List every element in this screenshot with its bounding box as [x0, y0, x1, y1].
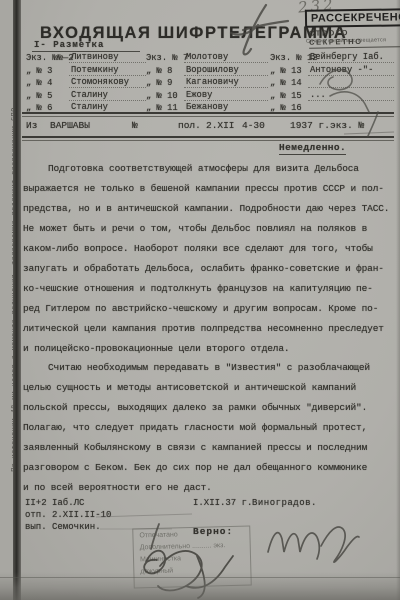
body-line: литической цели кампания против полпредс…	[23, 323, 397, 343]
recipient-copy-number: „ № 15	[270, 91, 308, 101]
body-line: запугать и обработать Дельбоса, ослабить…	[23, 263, 397, 283]
body-line: Подготовка соответствующей атмосферы для…	[23, 163, 397, 183]
divider-line	[22, 116, 394, 117]
signatory-name: Виноградов.	[252, 498, 317, 508]
recipient-row: „ № 8 Ворошилову	[146, 63, 268, 75]
recipient-name: Ежову	[184, 90, 268, 101]
recipient-row: „ № 4 Стомонякову	[26, 76, 146, 88]
recipient-name: Вейнбергу Iаб.	[308, 52, 394, 63]
recipient-row: „ № 13 Антонову -"-	[270, 63, 394, 75]
recipient-row: Экз. № 7 Молотову	[146, 51, 268, 63]
declassified-stamp: РАССЕКРЕЧЕНО	[305, 8, 400, 28]
body-line: целью сущность и методы антисоветской и …	[23, 382, 397, 402]
recipient-name: Потемкину	[69, 65, 146, 76]
telegram-scan: По истечении 48-ми часов с момента получ…	[0, 0, 400, 600]
recipient-name: Кагановичу	[184, 77, 268, 88]
recipient-name	[308, 77, 394, 88]
footer-reference-3: вып. Семочкин.	[25, 522, 111, 534]
body-line: заявленный Кобылянскому в связи с кампан…	[23, 442, 397, 462]
divider-line	[22, 136, 394, 138]
recipient-row: „ № 10 Ежову	[146, 88, 268, 100]
received-year: 1937 г.	[290, 120, 330, 131]
body-line: разговором с Беком. Бек до сих пор не да…	[23, 462, 397, 482]
recipient-row: „ № 9 Кагановичу	[146, 76, 268, 88]
recipient-name: Стомонякову	[69, 77, 146, 88]
recipient-row: Экз. № 12 Вейнбергу Iаб.	[270, 51, 394, 63]
recipients-column-1: Экз. №№—2 Литвинову „ № 3 Потемкину „ № …	[26, 51, 146, 113]
recipient-name: Ворошилову	[184, 65, 268, 76]
signature-date: I.XII.37 г.	[193, 498, 252, 508]
body-line: Полагаю, что следует придать гласности м…	[23, 422, 397, 442]
telegram-paragraph-2: Считаю необходимым передавать в "Извести…	[23, 362, 397, 502]
body-line: Считаю необходимым передавать в "Извести…	[23, 362, 397, 382]
recipient-copy-number: „ № 3	[26, 66, 69, 76]
recipient-copy-number: Экз. № 12	[270, 53, 308, 63]
scan-left-dark-strip	[13, 0, 21, 600]
recipient-name: Антонову -"-	[308, 65, 394, 76]
recipient-copy-number: „ № 13	[270, 66, 308, 76]
body-line: и полицейско-провокационные цели второго…	[23, 343, 397, 363]
body-line: выражается не только в бешеной кампании …	[23, 183, 397, 203]
recipient-copy-number: „ № 8	[146, 66, 184, 76]
scan-bottom-shadow	[0, 572, 400, 600]
telegram-paragraph-1: Подготовка соответствующей атмосферы для…	[23, 163, 397, 363]
body-line: каком-либо вопросе. Наоборот поляки все …	[23, 243, 397, 263]
recipient-row: Экз. №№—2 Литвинову	[26, 51, 146, 63]
recipient-row: „ № 5 Сталину	[26, 88, 146, 100]
recipient-copy-number: „ № 9	[146, 78, 184, 88]
recipients-column-2: Экз. № 7 Молотову „ № 8 Ворошилову „ № 9…	[146, 51, 268, 113]
body-line: польской прессы, выходящих далеко за рам…	[23, 402, 397, 422]
origin-row: Из ВАРШАВЫ № пол. 2.XII 4-30 1937 г. экз…	[0, 120, 400, 134]
recipient-name: Сталину	[69, 90, 146, 101]
recipient-name: Молотову	[184, 52, 268, 63]
recipients-column-3: Экз. № 12 Вейнбергу Iаб. „ № 13 Антонову…	[270, 51, 394, 113]
footer-reference-2: отп. 2.XII.II-10	[25, 510, 111, 522]
received-label: пол.	[178, 120, 201, 131]
body-line: ред Гитлером по австрийско-чешскому и др…	[23, 303, 397, 323]
origin-city: ВАРШАВЫ	[50, 120, 90, 131]
divider-line	[22, 112, 394, 114]
footer-reference-1: II+2 Iаб.ЛС	[25, 498, 111, 510]
recipient-name: Литвинову	[69, 52, 146, 63]
body-line: Не может быть и речи о том, чтобы Дельбо…	[23, 223, 397, 243]
received-date: 2.XII	[206, 120, 235, 131]
recipient-row: „ № 3 Потемкину	[26, 63, 146, 75]
recipient-copy-number: „ № 14	[270, 78, 308, 88]
recipient-copy-number: „ № 4	[26, 78, 69, 88]
recipient-row: „ № 15 ...	[270, 88, 394, 100]
recipient-copy-number: „ № 5	[26, 91, 69, 101]
urgency-note: Немедленно.	[279, 142, 346, 155]
number-label: №	[132, 120, 138, 131]
footer-references: II+2 Iаб.ЛС отп. 2.XII.II-10 вып. Семочк…	[25, 498, 111, 534]
body-line: ко-чешские отношения и подтолкнуть франц…	[23, 283, 397, 303]
received-time: 4-30	[242, 120, 265, 131]
certification-label: Верно:	[193, 526, 233, 537]
from-label: Из	[26, 120, 37, 131]
body-line: предства, но и в античешской кампании. П…	[23, 203, 397, 223]
recipient-copy-number: Экз. № 7	[146, 53, 184, 63]
recipient-row: „ № 14	[270, 76, 394, 88]
recipient-copy-number: Экз. №№—2	[26, 53, 69, 63]
divider-line	[22, 140, 394, 141]
certifier-signature	[268, 527, 359, 562]
recipient-name: ...	[308, 90, 394, 101]
recipient-copy-number: „ № 10	[146, 91, 184, 101]
copy-number-label: экз. №	[330, 120, 364, 131]
